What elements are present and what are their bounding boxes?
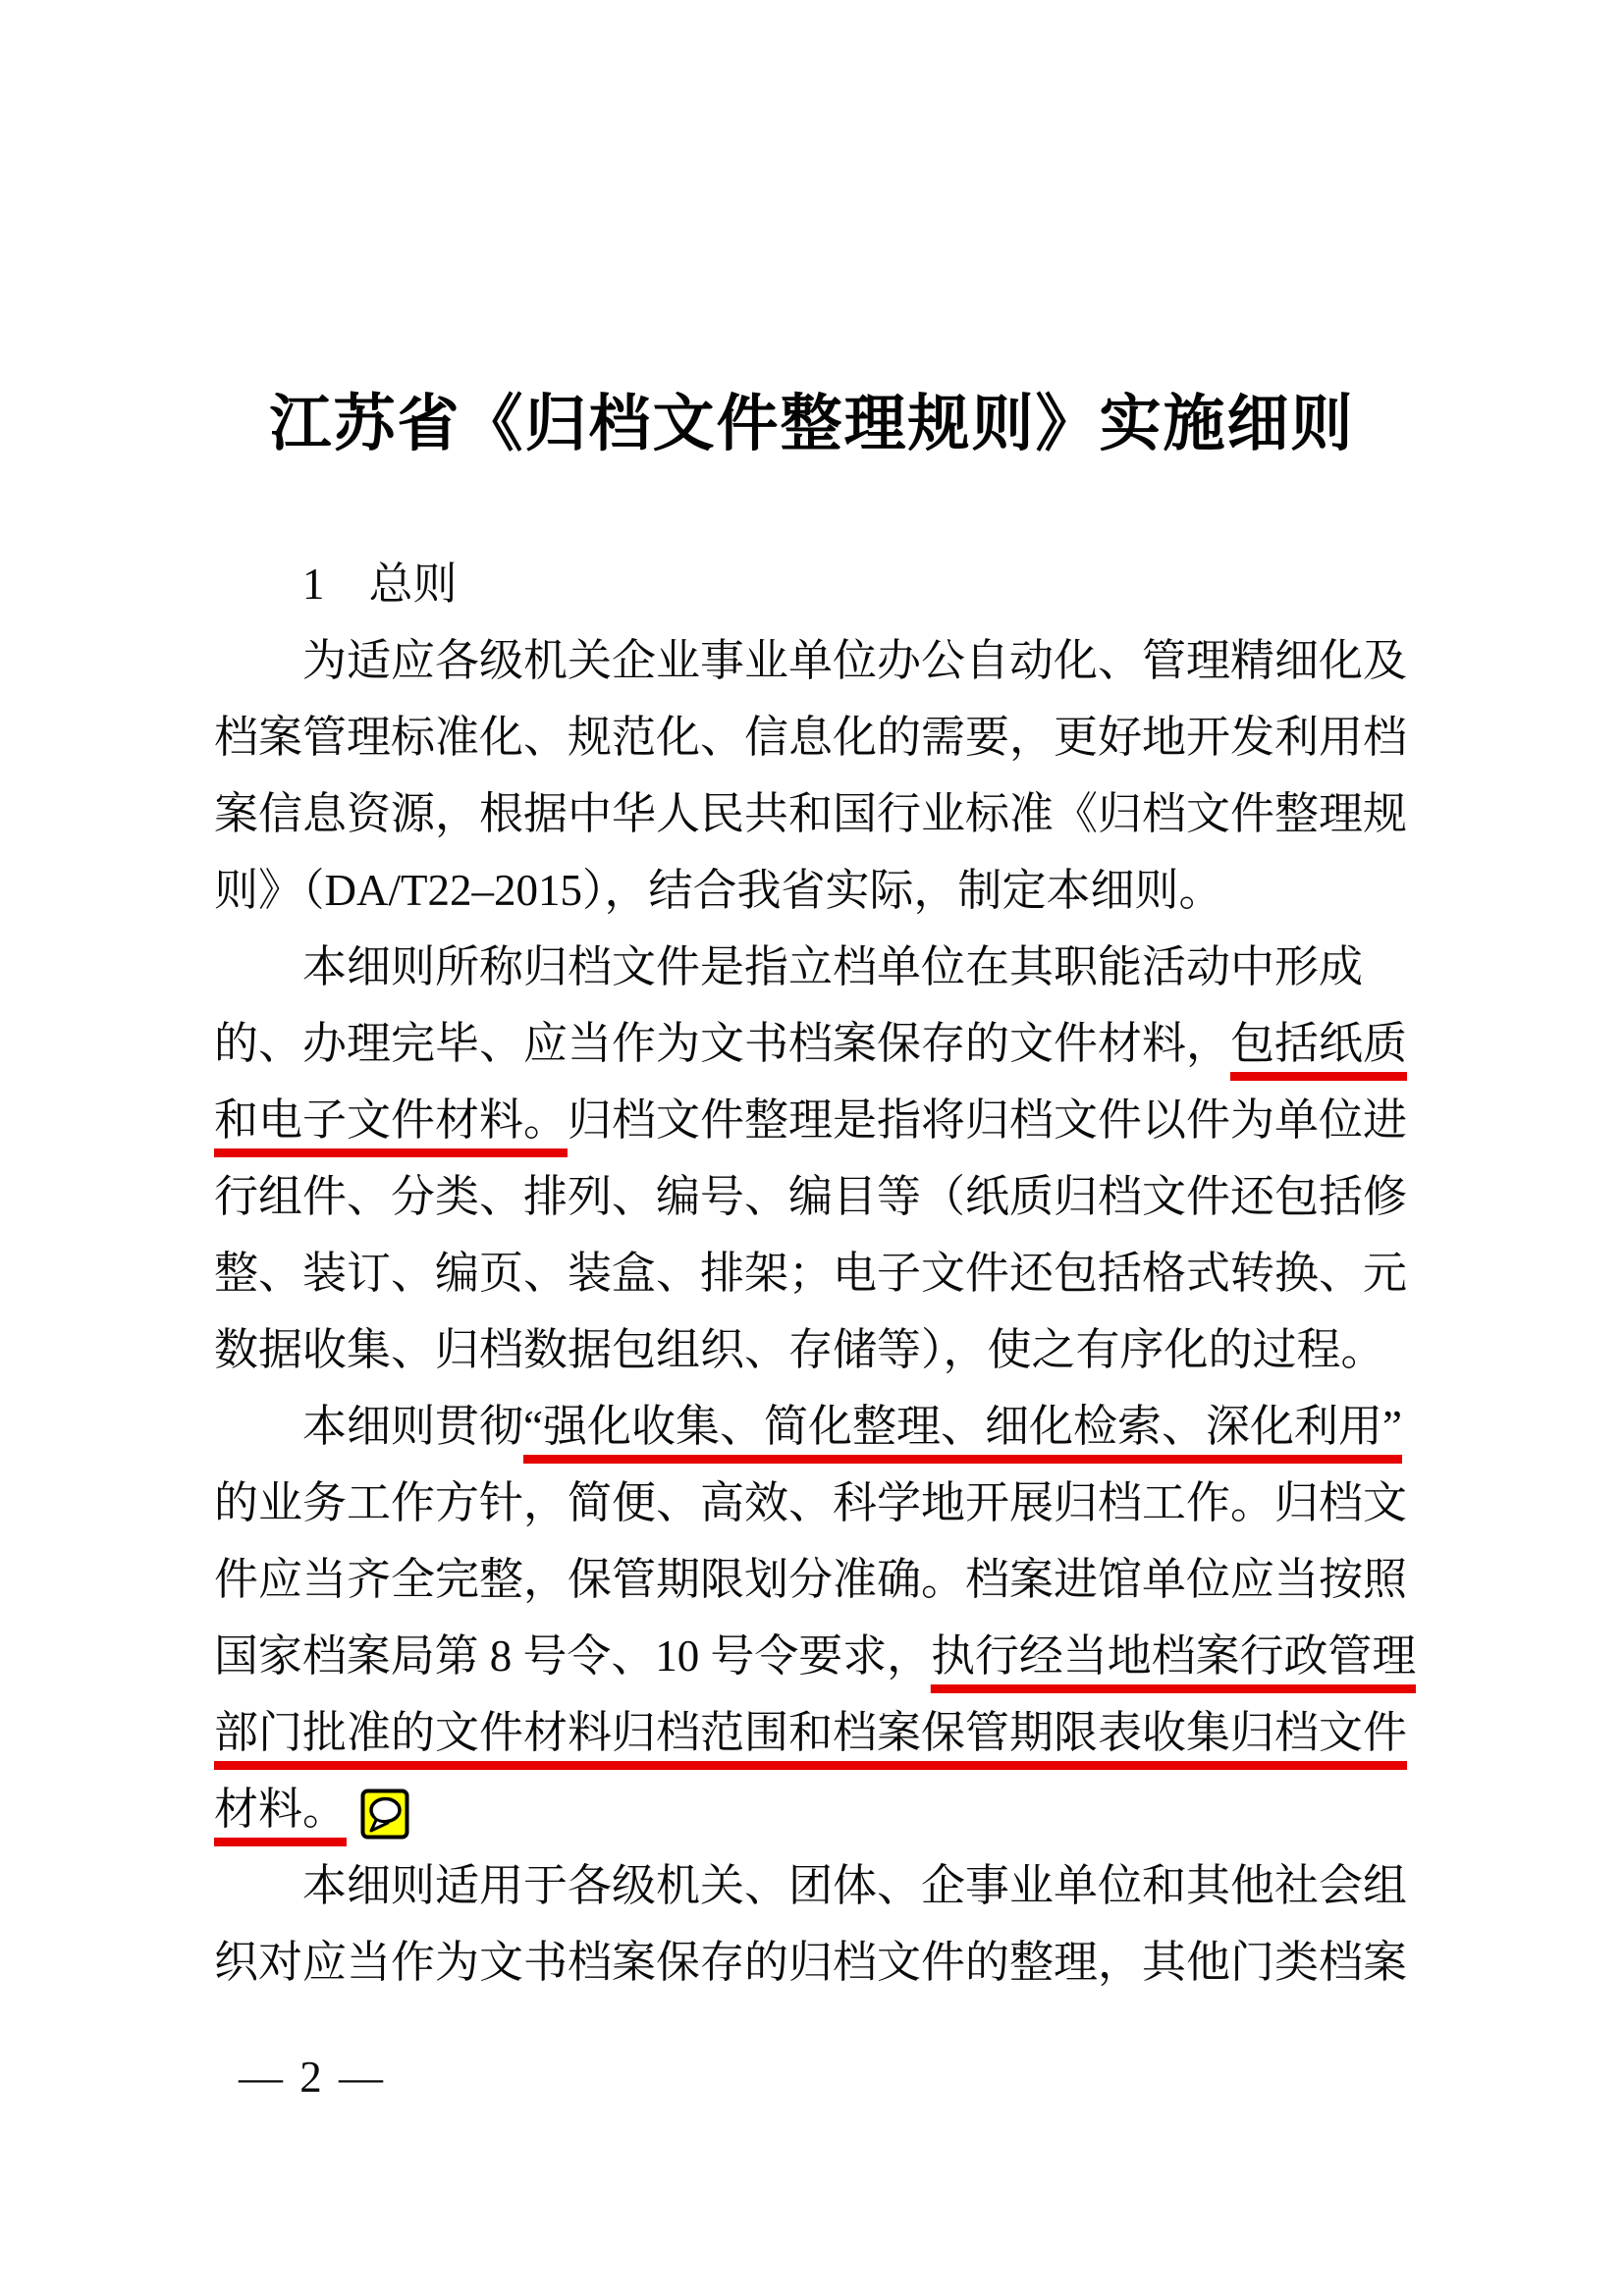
red-underlined-text: 部门批准的文件材料归档范围和档案保管期限表收集归档文件 <box>214 1708 1407 1770</box>
document-page: 江苏省《归档文件整理规则》实施细则 1 总则为适应各级机关企业事业单位办公自动化… <box>0 0 1624 2296</box>
text-segment: 归档文件整理是指将归档文件以件为单位进 <box>568 1095 1407 1145</box>
text-line: 为适应各级机关企业事业单位办公自动化、管理精细化及 <box>214 622 1416 699</box>
text-line: 本细则所称归档文件是指立档单位在其职能活动中形成 <box>214 929 1416 1005</box>
text-segment: 国家档案局第 8 号令、10 号令要求， <box>214 1631 931 1681</box>
text-line: 数据收集、归档数据包组织、存储等），使之有序化的过程。 <box>214 1311 1416 1388</box>
text-line: 1 总则 <box>214 546 1416 622</box>
text-line: 本细则贯彻“强化收集、简化整理、细化检索、深化利用” <box>214 1388 1416 1465</box>
text-line: 整、装订、编页、装盒、排架；电子文件还包括格式转换、元 <box>214 1235 1416 1311</box>
text-segment: 本细则所称归档文件是指立档单位在其职能活动中形成 <box>302 942 1363 991</box>
text-line: 档案管理标准化、规范化、信息化的需要，更好地开发利用档 <box>214 699 1416 775</box>
text-segment: 的、办理完毕、应当作为文书档案保存的文件材料， <box>214 1019 1230 1068</box>
document-title: 江苏省《归档文件整理规则》实施细则 <box>211 374 1413 463</box>
red-underlined-text: 和电子文件材料。 <box>214 1095 568 1157</box>
text-segment: 1 总则 <box>302 560 458 609</box>
text-line: 行组件、分类、排列、编号、编目等（纸质归档文件还包括修 <box>214 1158 1416 1235</box>
text-segment: 档案管理标准化、规范化、信息化的需要，更好地开发利用档 <box>214 713 1407 762</box>
red-underlined-text: 包括纸质 <box>1230 1019 1407 1081</box>
text-segment: 的业务工作方针，简便、高效、科学地开展归档工作。归档文 <box>214 1478 1407 1527</box>
comment-icon[interactable] <box>360 1789 409 1840</box>
text-segment: 本细则贯彻 <box>302 1402 523 1451</box>
text-segment: 本细则适用于各级机关、团体、企事业单位和其他社会组 <box>302 1861 1407 1910</box>
text-line: 案信息资源，根据中华人民共和国行业标准《归档文件整理规 <box>214 775 1416 852</box>
document-body: 1 总则为适应各级机关企业事业单位办公自动化、管理精细化及档案管理标准化、规范化… <box>214 546 1416 2001</box>
page-number: — 2 — <box>239 2052 386 2103</box>
text-line: 件应当齐全完整，保管期限划分准确。档案进馆单位应当按照 <box>214 1541 1416 1618</box>
red-underlined-text: 执行经当地档案行政管理 <box>931 1631 1416 1693</box>
red-underlined-text: “强化收集、简化整理、细化检索、深化利用” <box>523 1402 1402 1464</box>
text-line: 的业务工作方针，简便、高效、科学地开展归档工作。归档文 <box>214 1465 1416 1541</box>
text-line: 本细则适用于各级机关、团体、企事业单位和其他社会组 <box>214 1847 1416 1924</box>
text-segment: 行组件、分类、排列、编号、编目等（纸质归档文件还包括修 <box>214 1172 1407 1221</box>
text-segment: 件应当齐全完整，保管期限划分准确。档案进馆单位应当按照 <box>214 1555 1407 1604</box>
text-segment: 则》（DA/T22–2015），结合我省实际，制定本细则。 <box>214 866 1223 915</box>
text-line: 部门批准的文件材料归档范围和档案保管期限表收集归档文件 <box>214 1694 1416 1771</box>
text-line: 材料。 <box>214 1771 1416 1847</box>
text-segment: 织对应当作为文书档案保存的归档文件的整理，其他门类档案 <box>214 1938 1407 1987</box>
text-line: 和电子文件材料。归档文件整理是指将归档文件以件为单位进 <box>214 1082 1416 1158</box>
text-segment: 整、装订、编页、装盒、排架；电子文件还包括格式转换、元 <box>214 1249 1407 1298</box>
text-segment: 为适应各级机关企业事业单位办公自动化、管理精细化及 <box>302 636 1407 685</box>
text-line: 国家档案局第 8 号令、10 号令要求，执行经当地档案行政管理 <box>214 1618 1414 1694</box>
text-line: 的、办理完毕、应当作为文书档案保存的文件材料，包括纸质 <box>214 1005 1416 1082</box>
text-line: 则》（DA/T22–2015），结合我省实际，制定本细则。 <box>214 852 1416 929</box>
red-underlined-text: 材料。 <box>214 1785 347 1846</box>
text-segment: 数据收集、归档数据包组织、存储等），使之有序化的过程。 <box>214 1325 1385 1374</box>
text-segment: 案信息资源，根据中华人民共和国行业标准《归档文件整理规 <box>214 789 1407 838</box>
text-line: 织对应当作为文书档案保存的归档文件的整理，其他门类档案 <box>214 1924 1416 2001</box>
